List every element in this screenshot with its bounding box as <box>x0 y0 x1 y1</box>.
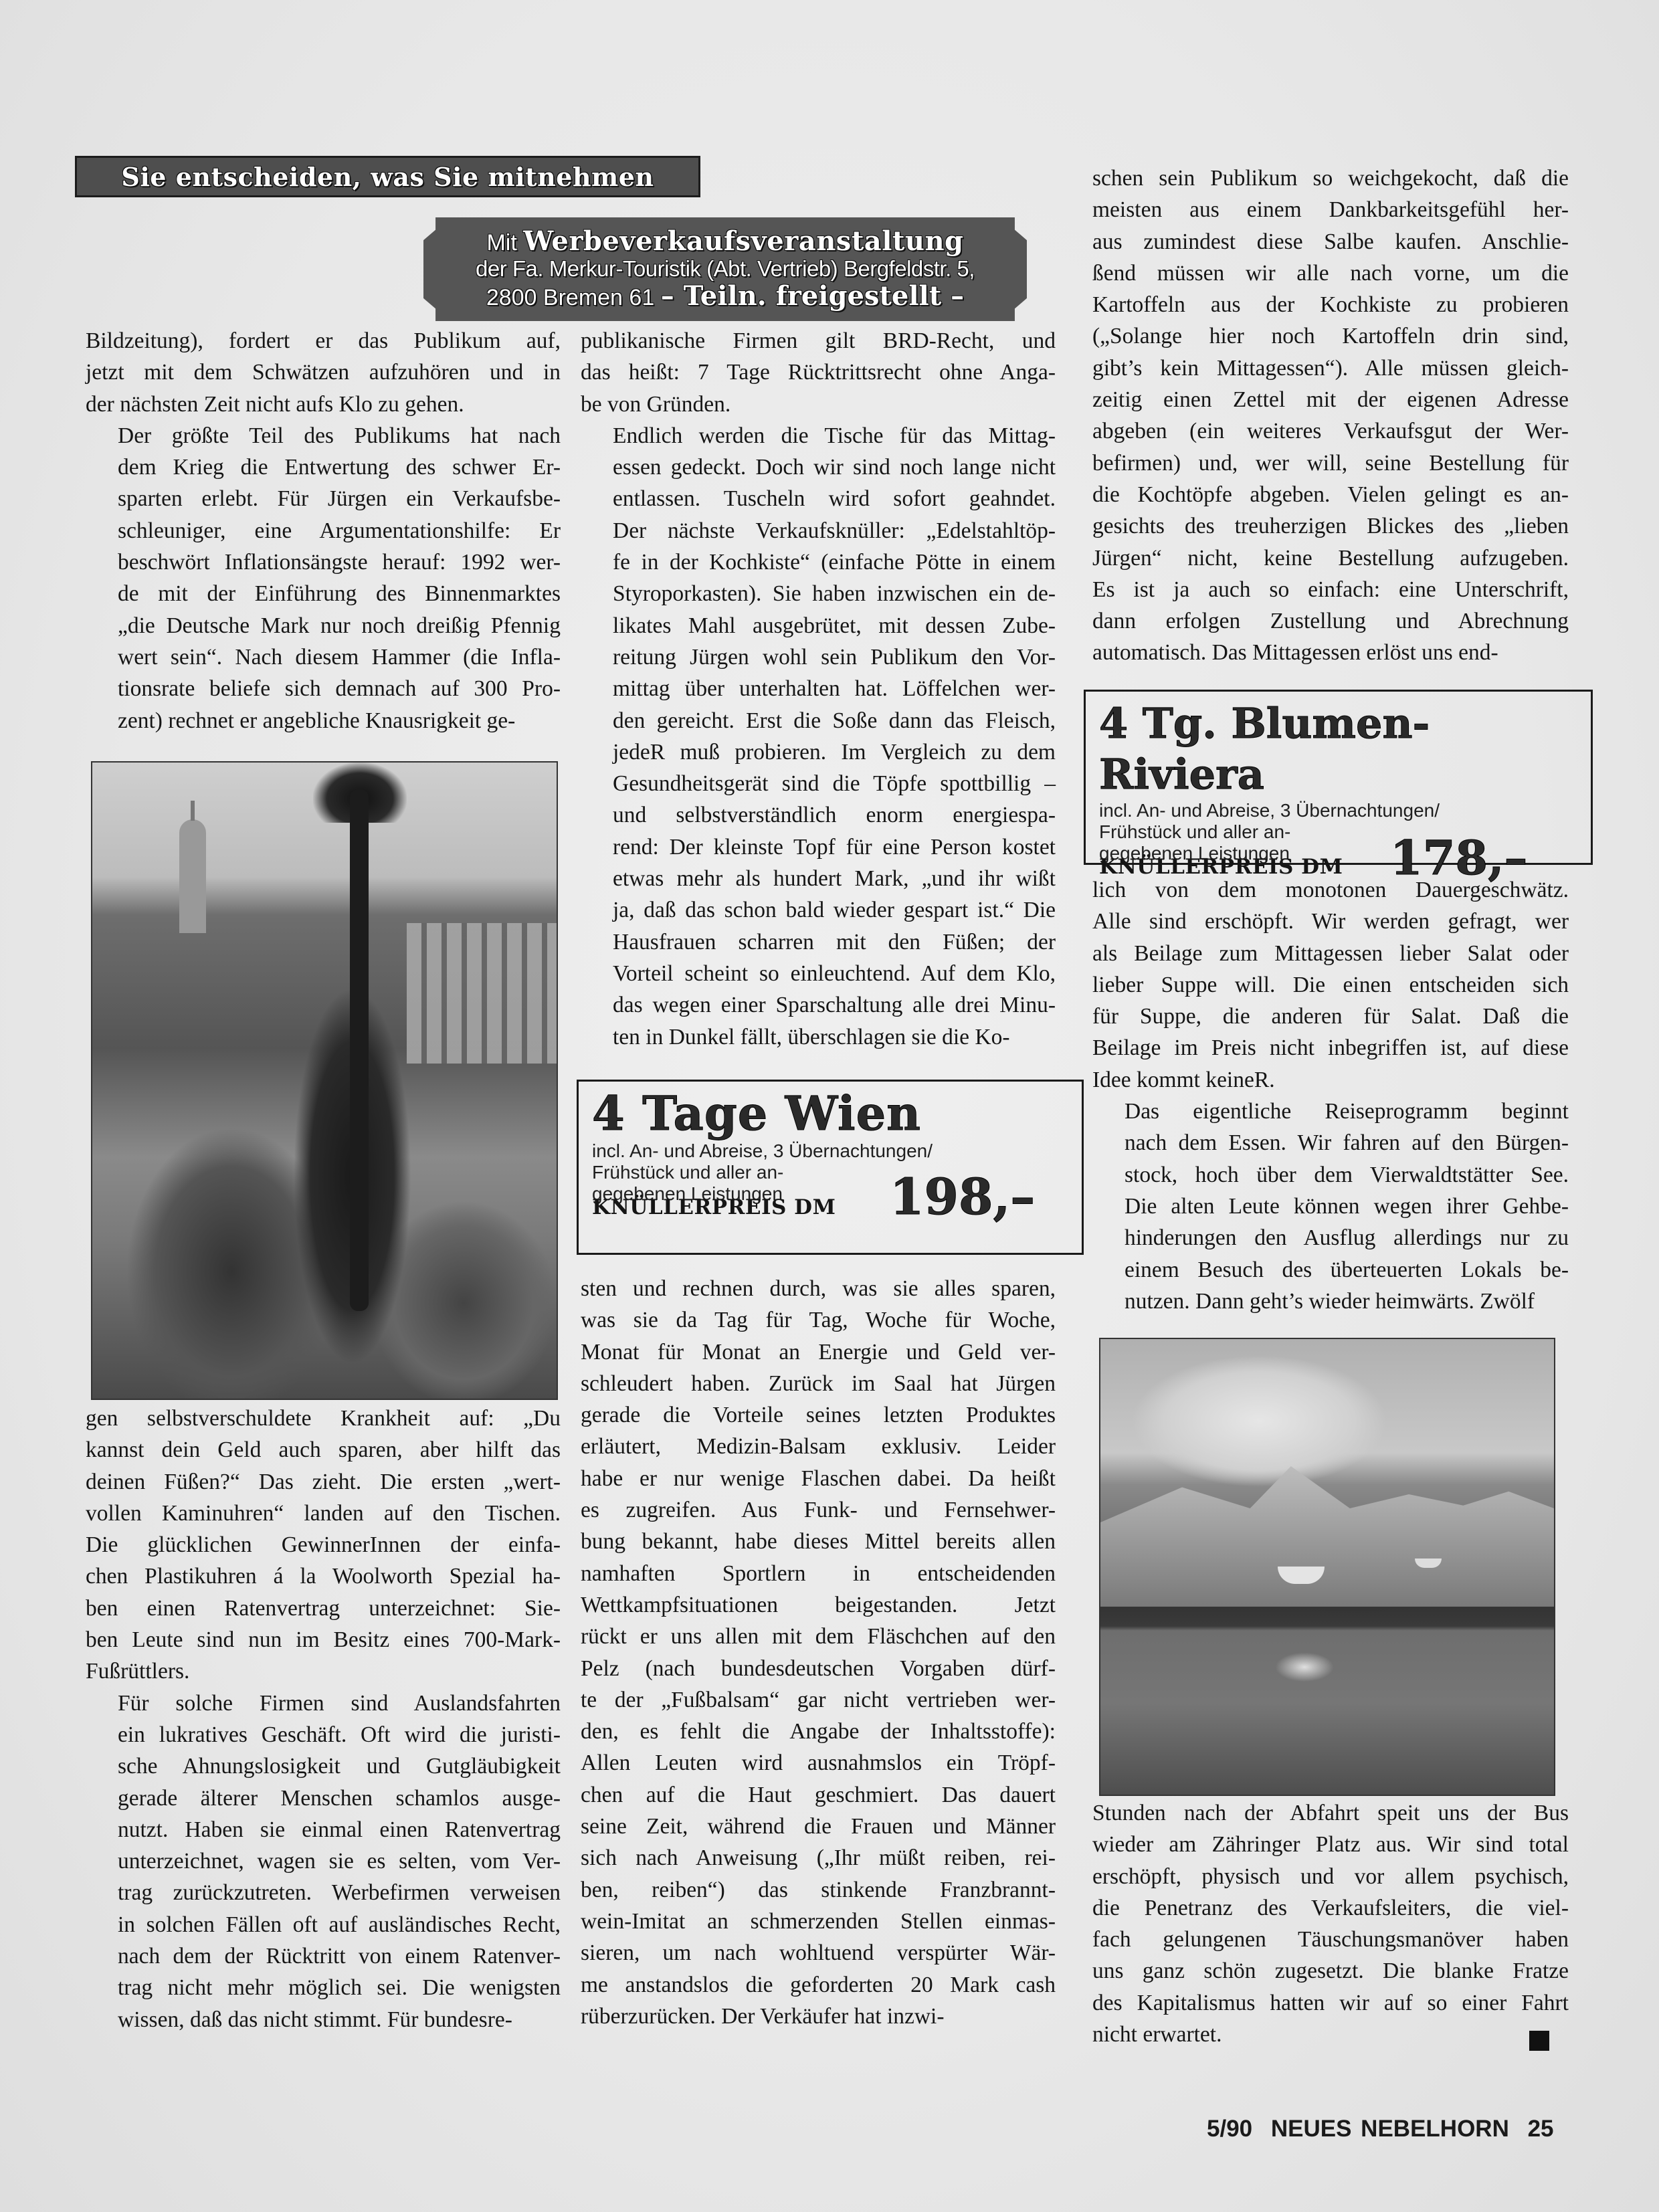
text-line: rend: Der kleinste Topf für eine Person … <box>581 831 1056 863</box>
text-line: vollen Kaminuhren“ landen auf den Tische… <box>86 1498 561 1529</box>
text-line: me anstandslos die geforderten 20 Mark c… <box>581 1969 1056 2001</box>
text-line: Für solche Firmen sind Auslandsfahrten <box>86 1688 561 1719</box>
page-footer: 5/90 NEUES NEBELHORN 25 <box>1207 2116 1563 2142</box>
text-line: sten und rechnen durch, was sie alles sp… <box>581 1273 1056 1304</box>
magazine-name: NEUES NEBELHORN <box>1271 2116 1509 2142</box>
paragraph: Bildzeitung), fordert er das Publikum au… <box>86 325 561 420</box>
text-line: Styroporkasten). Sie haben inzwischen ei… <box>581 578 1056 609</box>
text-line: meisten aus einem Dankbarkeitsgefühl her… <box>1092 194 1569 225</box>
ad-price-value: 198,– <box>890 1169 1035 1226</box>
sign-address: 2800 Bremen 61 <box>486 285 654 310</box>
text-line: wissen, daß das nicht stimmt. Für bundes… <box>86 2004 561 2035</box>
text-line: hinderungen den Ausflug allerdings nur z… <box>1092 1222 1569 1253</box>
photo-church-tower <box>179 819 206 933</box>
ad-price-row: KNÜLLERPREIS DM 198,– <box>592 1182 1068 1222</box>
paragraph: sten und rechnen durch, was sie alles sp… <box>581 1273 1056 2032</box>
text-line: Stunden nach der Abfahrt speit uns der B… <box>1092 1797 1569 1829</box>
text-line: unterzeichnet, wagen sie es selten, vom … <box>86 1845 561 1877</box>
text-line: befirmen) und, wer will, seine Bestellun… <box>1092 447 1569 479</box>
text-line: („Solange hier noch Kartoffeln drin sind… <box>1092 320 1569 352</box>
text-line: uns ganz schön zugesetzt. Die blanke Fra… <box>1092 1955 1569 1987</box>
text-line: wein-Imitat an schmerzenden Stellen einm… <box>581 1906 1056 1937</box>
sign-note: – Teiln. freigestellt – <box>661 280 964 312</box>
headline-banner: Sie entscheiden, was Sie mitnehmen <box>75 156 700 197</box>
paragraph: publikanische Firmen gilt BRD-Recht, und… <box>581 325 1056 420</box>
text-line: ben Leute sind nun im Besitz eines 700-M… <box>86 1624 561 1655</box>
text-line: und selbstverständlich enorm energiespa- <box>581 799 1056 831</box>
photo-hotel-building <box>407 923 558 1064</box>
text-line: sparten erlebt. Für Jürgen ein Verkaufsb… <box>86 483 561 514</box>
text-line: das heißt: 7 Tage Rücktrittsrecht ohne A… <box>581 357 1056 388</box>
text-line: nicht erwartet. <box>1092 2019 1569 2050</box>
ad-title: 4 Tage Wien <box>592 1088 1068 1139</box>
text-line: Alle sind erschöpft. Wir werden gefragt,… <box>1092 906 1569 937</box>
headline: Sie entscheiden, was Sie mitnehmen <box>121 162 654 192</box>
text-line: Endlich werden die Tische für das Mittag… <box>581 420 1056 451</box>
text-line: zeitig einen Zettel mit der eigenen Adre… <box>1092 384 1569 415</box>
text-line: dem Krieg die Entwertung des schwer Er- <box>86 451 561 483</box>
text-line: Der nächste Verkaufsknüller: „Edelstahlt… <box>581 515 1056 546</box>
text-line: Fußrüttlers. <box>86 1655 561 1687</box>
text-line: seine Zeit, während die Frauen und Männe… <box>581 1811 1056 1842</box>
sign-prefix: Mit <box>486 230 516 256</box>
ad-desc-line: Frühstück und aller an- <box>592 1162 940 1183</box>
text-line: das wegen einer Sparschaltung alle drei … <box>581 989 1056 1021</box>
text-line: chen auf die Haut geschmiert. Das dauert <box>581 1779 1056 1811</box>
text-line: nach dem der Rücktritt von einem Ratenve… <box>86 1940 561 1972</box>
text-line: te der „Fußbalsam“ gar nicht vertrieben … <box>581 1684 1056 1716</box>
text-line: dann erfolgen Zustellung und Abrechnung <box>1092 605 1569 637</box>
text-line: publikanische Firmen gilt BRD-Recht, und <box>581 325 1056 357</box>
sign-line-1: Mit Werbeverkaufsveranstaltung <box>486 227 963 257</box>
paragraph: lich von dem monotonen Dauergeschwätz.Al… <box>1092 874 1569 1096</box>
text-line: als Beilage zum Mittagessen lieber Salat… <box>1092 938 1569 969</box>
text-line: Der größte Teil des Publikums hat nach <box>86 420 561 451</box>
text-line: be von Gründen. <box>581 389 1056 420</box>
column-3-top: schen sein Publikum so weichgekocht, daß… <box>1092 163 1569 669</box>
text-line: jetzt mit dem Schwätzen aufzuhören und i… <box>86 357 561 388</box>
text-line: gerade älterer Menschen schamlos ausge- <box>86 1783 561 1814</box>
text-line: es zugreifen. Aus Funk- und Fernsehwer- <box>581 1494 1056 1526</box>
paragraph: Stunden nach der Abfahrt speit uns der B… <box>1092 1797 1569 2050</box>
subtitle-sign: Mit Werbeverkaufsveranstaltung der Fa. M… <box>423 217 1027 321</box>
paragraph: Das eigentliche Reiseprogramm beginntnac… <box>1092 1096 1569 1317</box>
text-line: ßend müssen wir alle nach vorne, um die <box>1092 258 1569 289</box>
text-line: Es ist ja auch so einfach: eine Untersch… <box>1092 574 1569 605</box>
text-line: Die glücklichen GewinnerInnen der einfa- <box>86 1529 561 1561</box>
text-line: gen selbstverschuldete Krankheit auf: „D… <box>86 1403 561 1434</box>
ad-box-riviera: 4 Tg. Blumen-Riviera incl. An- und Abrei… <box>1084 690 1593 865</box>
sign-line-2: der Fa. Merkur-Touristik (Abt. Vertrieb)… <box>476 257 975 282</box>
text-line: mittag über unterhalten hat. Löffelchen … <box>581 673 1056 704</box>
text-line: abgeben (ein weiteres Verkaufsgut der We… <box>1092 415 1569 447</box>
text-line: kannst dein Geld auch sparen, aber hilft… <box>86 1434 561 1466</box>
text-line: nutzen. Dann geht’s wieder heimwärts. Zw… <box>1092 1286 1569 1317</box>
paragraph: Der größte Teil des Publikums hat nachde… <box>86 420 561 736</box>
text-line: nutzt. Haben sie einmal einen Ratenvertr… <box>86 1814 561 1845</box>
sign-line-3: 2800 Bremen 61 – Teiln. freigestellt – <box>486 282 964 312</box>
text-line: ten in Dunkel fällt, überschlagen sie di… <box>581 1021 1056 1053</box>
text-line: reitung Jürgen wohl sein Publikum den Vo… <box>581 641 1056 673</box>
text-line: Das eigentliche Reiseprogramm beginnt <box>1092 1096 1569 1127</box>
text-line: sieren, um nach wohltuend verspürter Wär… <box>581 1937 1056 1969</box>
photo-town-promenade <box>91 761 558 1400</box>
text-line: namhaften Sportlern in entscheidenden <box>581 1558 1056 1589</box>
column-2-bottom: sten und rechnen durch, was sie alles sp… <box>581 1273 1056 2032</box>
text-line: etwas mehr als hundert Mark, „und ihr wi… <box>581 863 1056 894</box>
text-line: Jürgen“ nicht, keine Bestellung aufzugeb… <box>1092 542 1569 574</box>
text-line: den gereicht. Erst die Soße dann das Fle… <box>581 705 1056 736</box>
text-line: lieber Suppe will. Die einen entscheiden… <box>1092 969 1569 1001</box>
ad-desc-line: incl. An- und Abreise, 3 Übernachtungen/ <box>1099 800 1447 821</box>
text-line: Allen Leuten wird ausnahmslos ein Tröpf- <box>581 1747 1056 1779</box>
text-line: fach gelungenen Täuschungsmanöver haben <box>1092 1924 1569 1955</box>
text-line: chen Plastikuhren á la Woolworth Spezial… <box>86 1561 561 1592</box>
text-line: nach dem Essen. Wir fahren auf den Bürge… <box>1092 1127 1569 1159</box>
issue-number: 5/90 <box>1207 2116 1252 2142</box>
text-line: likates Mahl ausgebrütet, mit dessen Zub… <box>581 610 1056 641</box>
text-line: wieder am Zähringer Platz aus. Wir sind … <box>1092 1829 1569 1860</box>
ad-box-wien: 4 Tage Wien incl. An- und Abreise, 3 Übe… <box>577 1080 1084 1255</box>
text-line: für Suppe, die anderen für Salat. Daß di… <box>1092 1001 1569 1032</box>
column-1-bottom: gen selbstverschuldete Krankheit auf: „D… <box>86 1403 561 2035</box>
text-line: automatisch. Das Mittagessen erlöst uns … <box>1092 637 1569 668</box>
text-line: „die Deutsche Mark nur noch dreißig Pfen… <box>86 610 561 641</box>
text-line: sich nach Anweisung („Ihr müßt reiben, r… <box>581 1842 1056 1874</box>
text-line: Wettkampfsituationen beigestanden. Jetzt <box>581 1589 1056 1621</box>
text-line: schleudert haben. Zurück im Saal hat Jür… <box>581 1368 1056 1399</box>
text-line: habe er nur wenige Flaschen dabei. Da he… <box>581 1463 1056 1494</box>
text-line: trag nicht mehr möglich sei. Die wenigst… <box>86 1972 561 2003</box>
paragraph: gen selbstverschuldete Krankheit auf: „D… <box>86 1403 561 1688</box>
text-line: Vorteil scheint so einleuchtend. Auf dem… <box>581 958 1056 989</box>
text-line: de mit der Einführung des Binnenmarktes <box>86 578 561 609</box>
text-line: Die alten Leute können wegen ihrer Gehbe… <box>1092 1191 1569 1222</box>
text-line: Beilage im Preis nicht inbegriffen ist, … <box>1092 1032 1569 1064</box>
text-line: erschöpft, physisch und vor allem psychi… <box>1092 1861 1569 1892</box>
text-line: schleuniger, eine Argumentationshilfe: E… <box>86 515 561 546</box>
text-line: tionsrate beliefe sich demnach auf 300 P… <box>86 673 561 704</box>
text-line: gibt’s kein Mittagessen“). Alle müssen g… <box>1092 353 1569 384</box>
text-line: bung bekannt, habe dieses Mittel bereits… <box>581 1526 1056 1557</box>
text-line: lich von dem monotonen Dauergeschwätz. <box>1092 874 1569 906</box>
text-line: ja, daß das schon bald wieder gespart is… <box>581 894 1056 926</box>
paragraph: Endlich werden die Tische für das Mittag… <box>581 420 1056 1053</box>
text-line: Bildzeitung), fordert er das Publikum au… <box>86 325 561 357</box>
text-line: ein lukratives Geschäft. Oft wird die ju… <box>86 1719 561 1750</box>
text-line: jedeR muß probieren. Im Vergleich zu dem <box>581 736 1056 768</box>
text-line: rückt er uns allen mit dem Fläschchen au… <box>581 1621 1056 1652</box>
text-line: den, es fehlt die Angabe der Inhaltsstof… <box>581 1716 1056 1747</box>
column-3-bottom: Stunden nach der Abfahrt speit uns der B… <box>1092 1797 1569 2050</box>
text-line: fe in der Kochkiste“ (einfache Pötte in … <box>581 546 1056 578</box>
text-line: sche Ahnungslosigkeit und Gutgläubigkeit <box>86 1750 561 1782</box>
ad-title: 4 Tg. Blumen-Riviera <box>1099 698 1577 800</box>
text-line: Idee kommt keineR. <box>1092 1064 1569 1096</box>
page-number: 25 <box>1528 2116 1554 2142</box>
photo-palm-trunk <box>350 789 369 1311</box>
magazine-page: Sie entscheiden, was Sie mitnehmen Mit W… <box>0 0 1659 2212</box>
photo-mountain-lake <box>1099 1338 1555 1796</box>
paragraph: schen sein Publikum so weichgekocht, daß… <box>1092 163 1569 669</box>
photo-mountains <box>1100 1466 1554 1607</box>
column-2-top: publikanische Firmen gilt BRD-Recht, und… <box>581 325 1056 1053</box>
text-line: einem Besuch des überteuerten Lokals be- <box>1092 1254 1569 1286</box>
text-line: essen gedeckt. Doch wir sind noch lange … <box>581 451 1056 483</box>
text-line: die Penetranz des Verkaufsleiters, die v… <box>1092 1892 1569 1924</box>
text-line: beschwört Inflationsängste herauf: 1992 … <box>86 546 561 578</box>
text-line: der nächsten Zeit nicht aufs Klo zu gehe… <box>86 389 561 420</box>
text-line: Gesundheitsgerät sind die Töpfe spottbil… <box>581 768 1056 799</box>
text-line: rüberzurücken. Der Verkäufer hat inzwi- <box>581 2001 1056 2032</box>
column-3-middle: lich von dem monotonen Dauergeschwätz.Al… <box>1092 874 1569 1317</box>
text-line: trag zurückzutreten. Werbefirmen verweis… <box>86 1877 561 1908</box>
text-line: wert sein“. Nach diesem Hammer (die Infl… <box>86 641 561 673</box>
ad-desc-line: incl. An- und Abreise, 3 Übernachtungen/ <box>592 1140 940 1162</box>
text-line: stock, hoch über dem Vierwaldtstätter Se… <box>1092 1159 1569 1191</box>
text-line: gesichts des treuherzigen Blickes des „l… <box>1092 510 1569 542</box>
ad-price-label: KNÜLLERPREIS DM <box>592 1195 836 1219</box>
text-line: aus zumindest diese Salbe kaufen. Anschl… <box>1092 226 1569 258</box>
text-line: schen sein Publikum so weichgekocht, daß… <box>1092 163 1569 194</box>
text-line: zent) rechnet er angebliche Knausrigkeit… <box>86 705 561 736</box>
text-line: erläutert, Medizin-Balsam exklusiv. Leid… <box>581 1431 1056 1462</box>
article-end-mark <box>1529 2031 1549 2051</box>
text-line: des Kapitalismus hatten wir auf so einer… <box>1092 1987 1569 2019</box>
text-line: die Kochtöpfe abgeben. Vielen gelingt es… <box>1092 479 1569 510</box>
text-line: Hausfrauen scharren mit den Füßen; der <box>581 926 1056 958</box>
text-line: ben einen Ratenvertrag unterzeichnet: Si… <box>86 1593 561 1624</box>
text-line: Monat für Monat an Energie und Geld ver- <box>581 1336 1056 1368</box>
text-line: deinen Füßen?“ Das zieht. Die ersten „we… <box>86 1466 561 1498</box>
text-line: was sie da Tag für Tag, Woche für Woche, <box>581 1304 1056 1336</box>
text-line: in solchen Fällen oft auf ausländisches … <box>86 1909 561 1940</box>
text-line: gerade die Vorteile seines letzten Produ… <box>581 1399 1056 1431</box>
column-1-top: Bildzeitung), fordert er das Publikum au… <box>86 325 561 736</box>
text-line: ben, reiben“) das stinkende Franzbrannt- <box>581 1874 1056 1906</box>
paragraph: Für solche Firmen sind Auslandsfahrtenei… <box>86 1688 561 2035</box>
text-line: entlassen. Tuscheln wird sofort geahndet… <box>581 483 1056 514</box>
sign-emphasis: Werbeverkaufsveranstaltung <box>523 225 963 257</box>
text-line: Pelz (nach bundesdeutschen Vorgaben dürf… <box>581 1653 1056 1684</box>
text-line: Kartoffeln aus der Kochkiste zu probiere… <box>1092 289 1569 320</box>
